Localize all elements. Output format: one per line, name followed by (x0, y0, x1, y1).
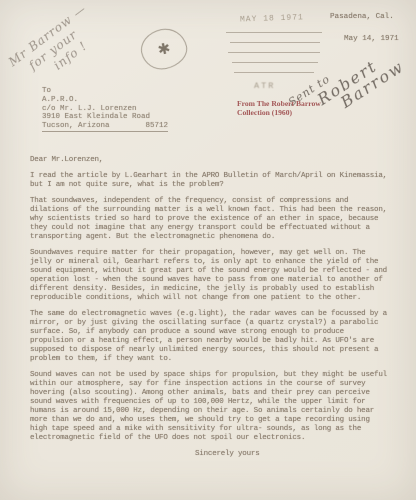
stamp-rule-line (230, 33, 320, 43)
paragraph: The same do electromagnetic waves (e.g.l… (30, 310, 388, 364)
collection-watermark: From The Robert Barrow Collection (1960) (237, 100, 321, 117)
stamp-rule-line (232, 53, 318, 63)
received-date-stamp: MAY 18 1971 ATR (222, 14, 326, 91)
asterisk-icon: ✱ (156, 39, 172, 59)
pencil-annotation: Mr Barrow — for your info ! (6, 2, 108, 94)
circled-mark-icon: ✱ (137, 25, 190, 74)
recipient-city: Tucson, Arizona (42, 122, 110, 130)
letter-body: Dear Mr.Lorenzen, I read the article by … (30, 156, 388, 459)
stamp-rule-line (226, 23, 322, 33)
closing: Sincerely yours (195, 450, 388, 459)
recipient-city-line: Tucson, Arizona 85712 (42, 122, 168, 132)
paragraph: Soundwaves require matter for their prop… (30, 249, 388, 303)
paragraph: I read the article by L.Gearhart in the … (30, 172, 388, 190)
salutation: Dear Mr.Lorenzen, (30, 156, 388, 165)
letter-place: Pasadena, Cal. (330, 13, 394, 21)
collection-watermark-line: Collection (1960) (237, 109, 321, 118)
paragraph: That soundwaves, independent of the freq… (30, 197, 388, 242)
paragraph: Sound waves can not be used by space shi… (30, 371, 388, 443)
scanned-letter: Mr Barrow — for your info ! ✱ MAY 18 197… (0, 0, 416, 500)
recipient-zip: 85712 (146, 122, 169, 130)
stamp-rule-line (228, 43, 320, 53)
stamp-rule-line (234, 63, 314, 73)
recipient-address: To A.P.R.O. c/o Mr. L.J. Lorenzen 3910 E… (42, 87, 168, 132)
recipient-label: To (42, 87, 168, 96)
recipient-street: 3910 East Kleindale Road (42, 113, 168, 122)
recipient-org: A.P.R.O. (42, 96, 168, 105)
